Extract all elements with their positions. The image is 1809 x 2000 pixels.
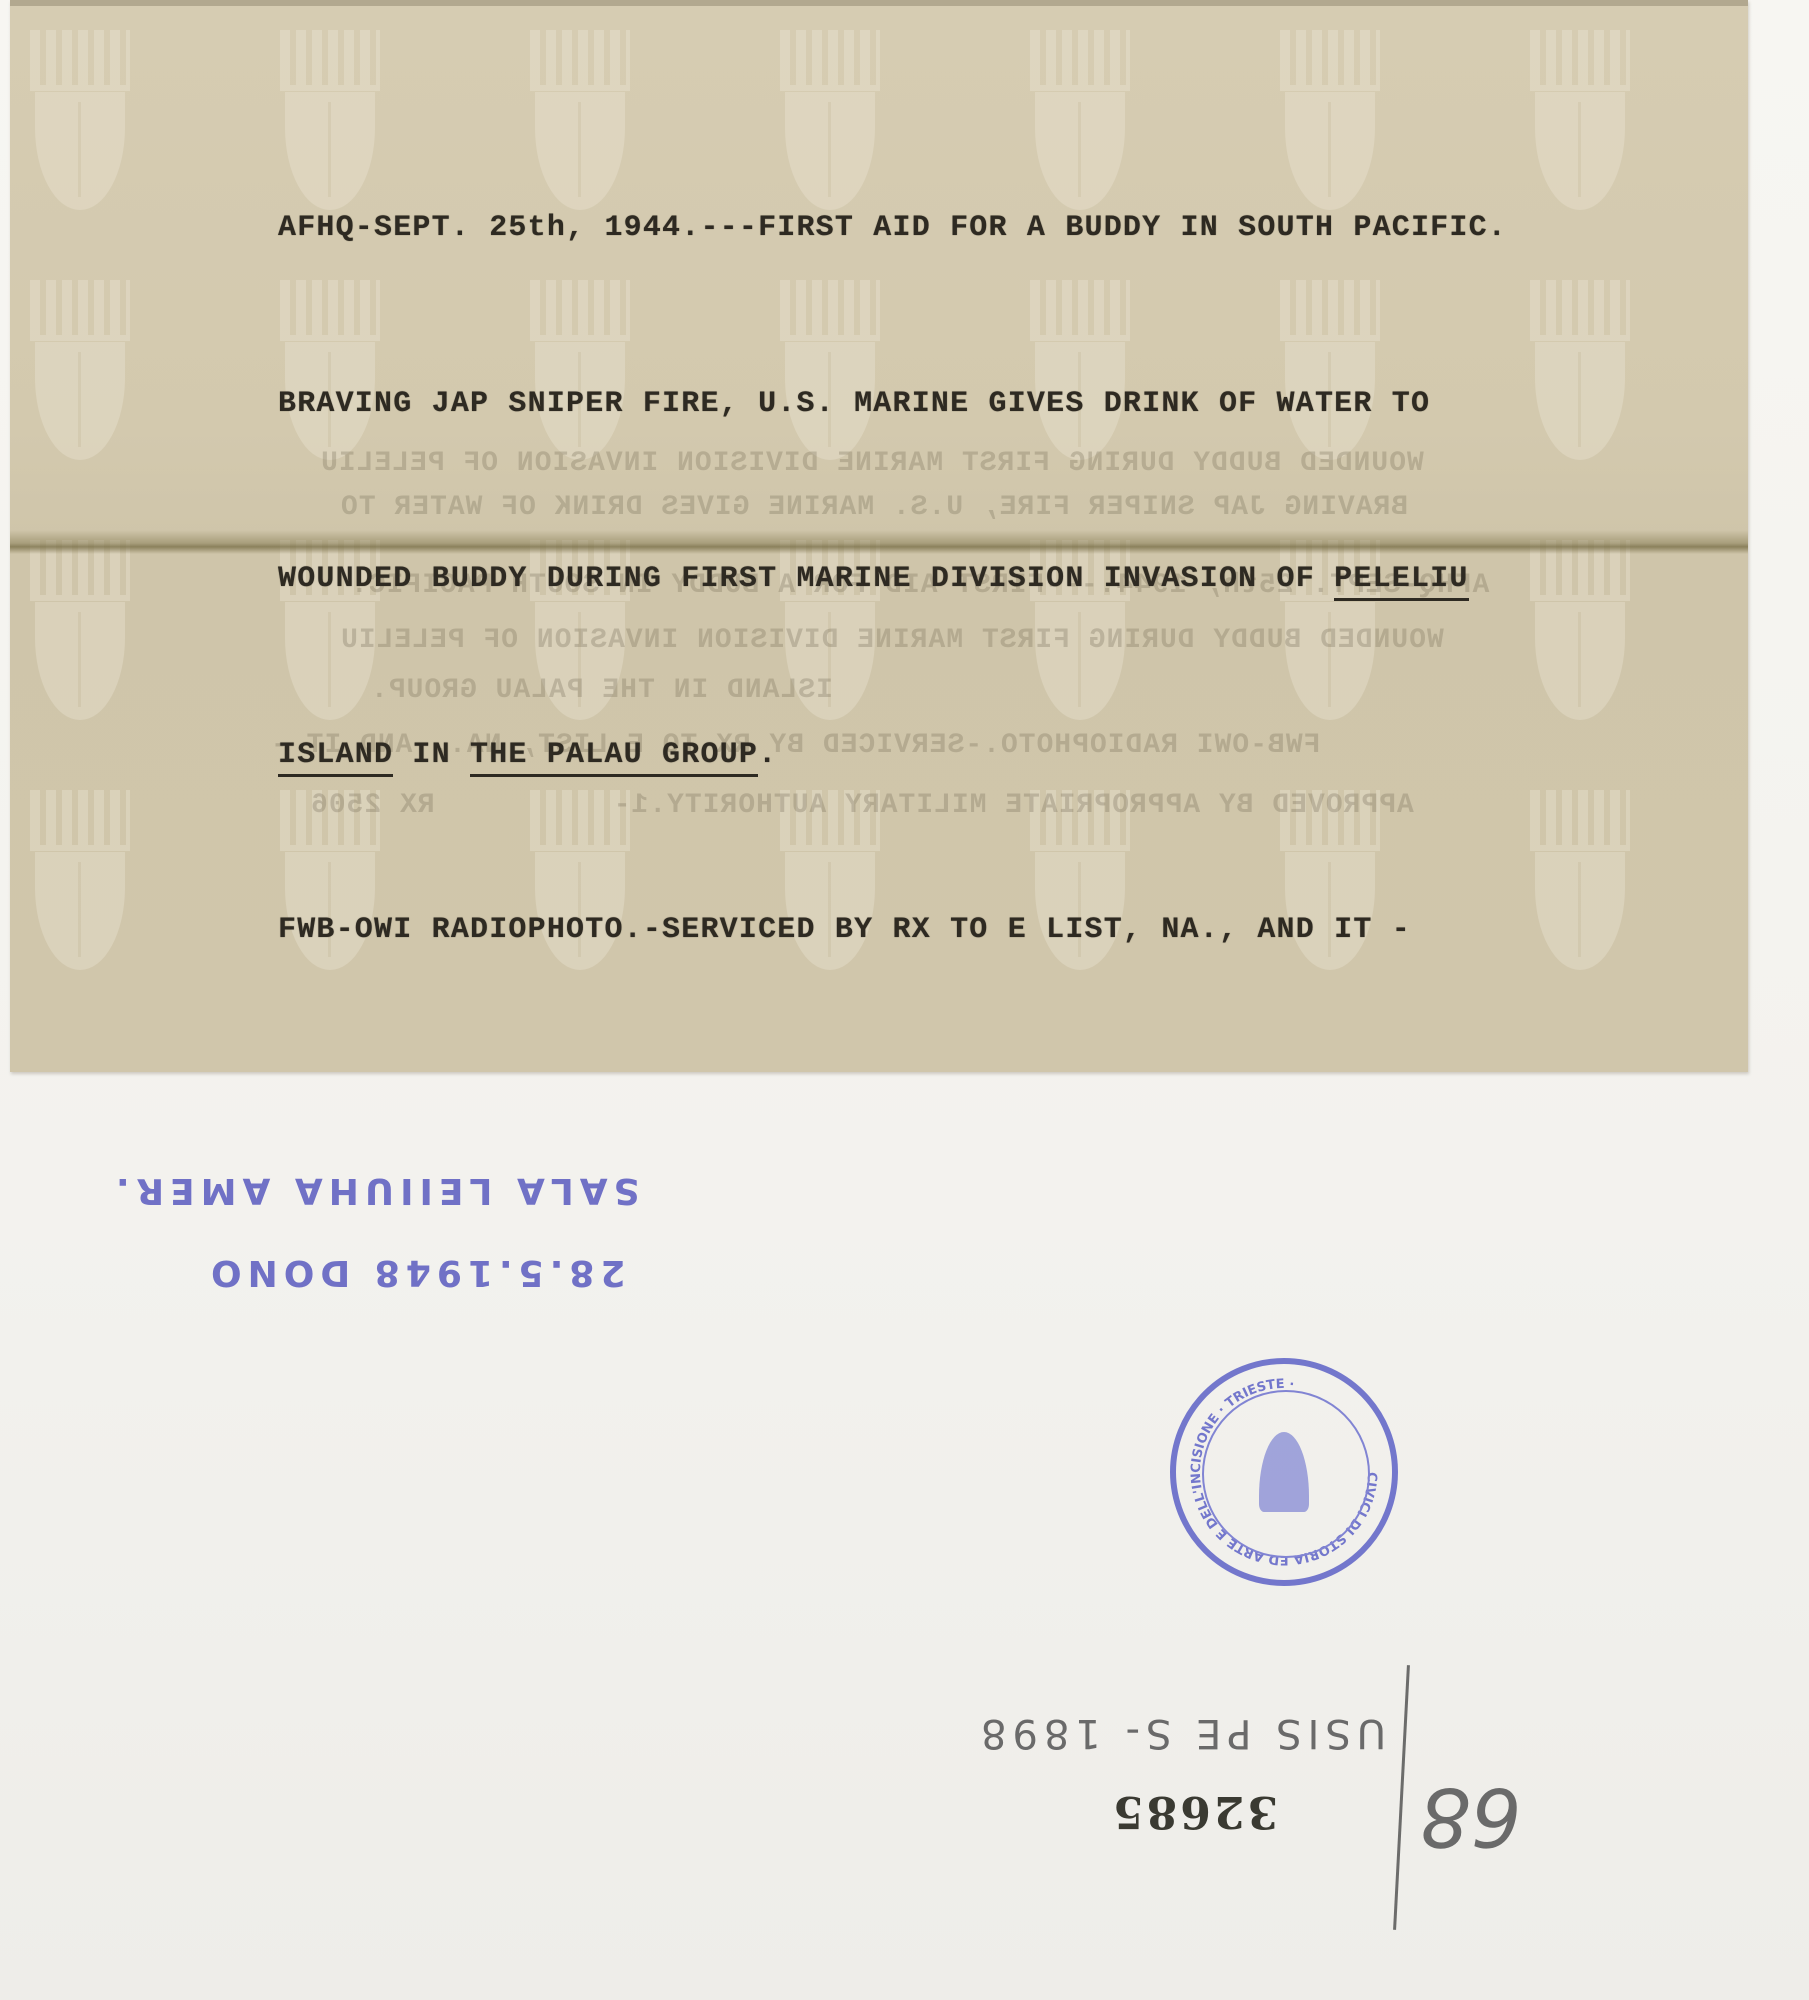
watermark-shield-icon	[30, 790, 130, 970]
caption-line-4-text: IN	[393, 738, 470, 772]
caption-sheet: WOUNDED BUDDY DURING FIRST MARINE DIVISI…	[10, 0, 1748, 1072]
watermark-shield-icon	[30, 540, 130, 720]
collection-stamp: SALA LEIIUHA AMER.	[110, 1170, 640, 1211]
caption-line-3: WOUNDED BUDDY DURING FIRST MARINE DIVISI…	[278, 550, 1598, 609]
underlined-place-name: PELELIU	[1334, 562, 1468, 601]
caption-line-3-text: WOUNDED BUDDY DURING FIRST MARINE DIVISI…	[278, 562, 1334, 596]
typed-caption: AFHQ-SEPT. 25th, 1944.---FIRST AID FOR A…	[278, 82, 1598, 1072]
underlined-word: ISLAND	[278, 738, 393, 777]
caption-line-4-period: .	[758, 738, 777, 772]
watermark-shield-icon	[30, 30, 130, 210]
caption-line-4: ISLAND IN THE PALAU GROUP.	[278, 726, 1598, 785]
caption-line-1: AFHQ-SEPT. 25th, 1944.---FIRST AID FOR A…	[278, 199, 1598, 258]
handwritten-initials: 68	[1420, 1770, 1522, 1863]
underlined-phrase: THE PALAU GROUP	[470, 738, 758, 777]
watermark-shield-icon	[30, 280, 130, 460]
handwritten-reference: USIS PE S- 1898	[975, 1710, 1386, 1756]
museum-seal-stamp: CIVICI DI STORIA ED ARTE E DELL'INCISION…	[1170, 1358, 1398, 1586]
caption-line-2: BRAVING JAP SNIPER FIRE, U.S. MARINE GIV…	[278, 375, 1598, 434]
service-line-1: FWB-OWI RADIOPHOTO.-SERVICED BY RX TO E …	[278, 901, 1598, 960]
sheet-top-edge	[10, 0, 1748, 6]
date-stamp: 28.5.1948 DONO	[205, 1252, 625, 1293]
inventory-number: 32685	[1110, 1786, 1278, 1837]
